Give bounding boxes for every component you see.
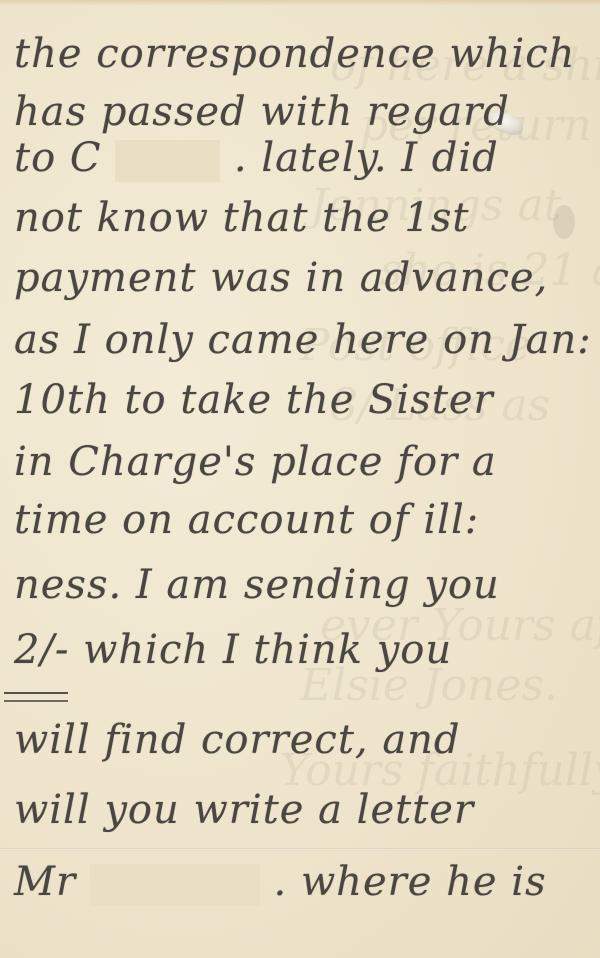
letter-line-6: as I only came here on Jan:	[14, 320, 592, 360]
letter-line-13: will you write a letter	[14, 790, 474, 830]
letter-line-4: not know that the 1st	[14, 198, 469, 238]
letter-line-10: ness. I am sending you	[14, 565, 500, 605]
letter-line-12: will find correct, and	[14, 720, 461, 760]
letter-line-5: payment was in advance,	[14, 258, 548, 298]
letter-line-1: the correspondence which	[14, 34, 575, 74]
letter-line-9: time on account of ill:	[14, 500, 479, 540]
letter-line-11: 2/- which I think you	[14, 630, 452, 670]
letter-line-8: in Charge's place for a	[14, 442, 497, 482]
redacted-name	[115, 140, 220, 182]
paper-fold	[0, 848, 600, 851]
line-3-start: to C	[14, 135, 101, 181]
ink-stain	[553, 205, 575, 239]
letter-line-14: Mr . where he is	[14, 862, 547, 906]
line-3-end: . lately. I did	[234, 135, 499, 181]
letter-line-3: to C . lately. I did	[14, 138, 499, 182]
letter-page: of here a ship per return I can Jennings…	[0, 0, 600, 958]
line-14-end: . where he is	[274, 859, 547, 905]
line-14-start: Mr	[14, 859, 76, 905]
letter-line-7: 10th to take the Sister	[14, 380, 494, 420]
letter-line-2: has passed with regard	[14, 92, 510, 132]
amount-double-underline	[4, 692, 68, 702]
redacted-name	[90, 864, 260, 906]
